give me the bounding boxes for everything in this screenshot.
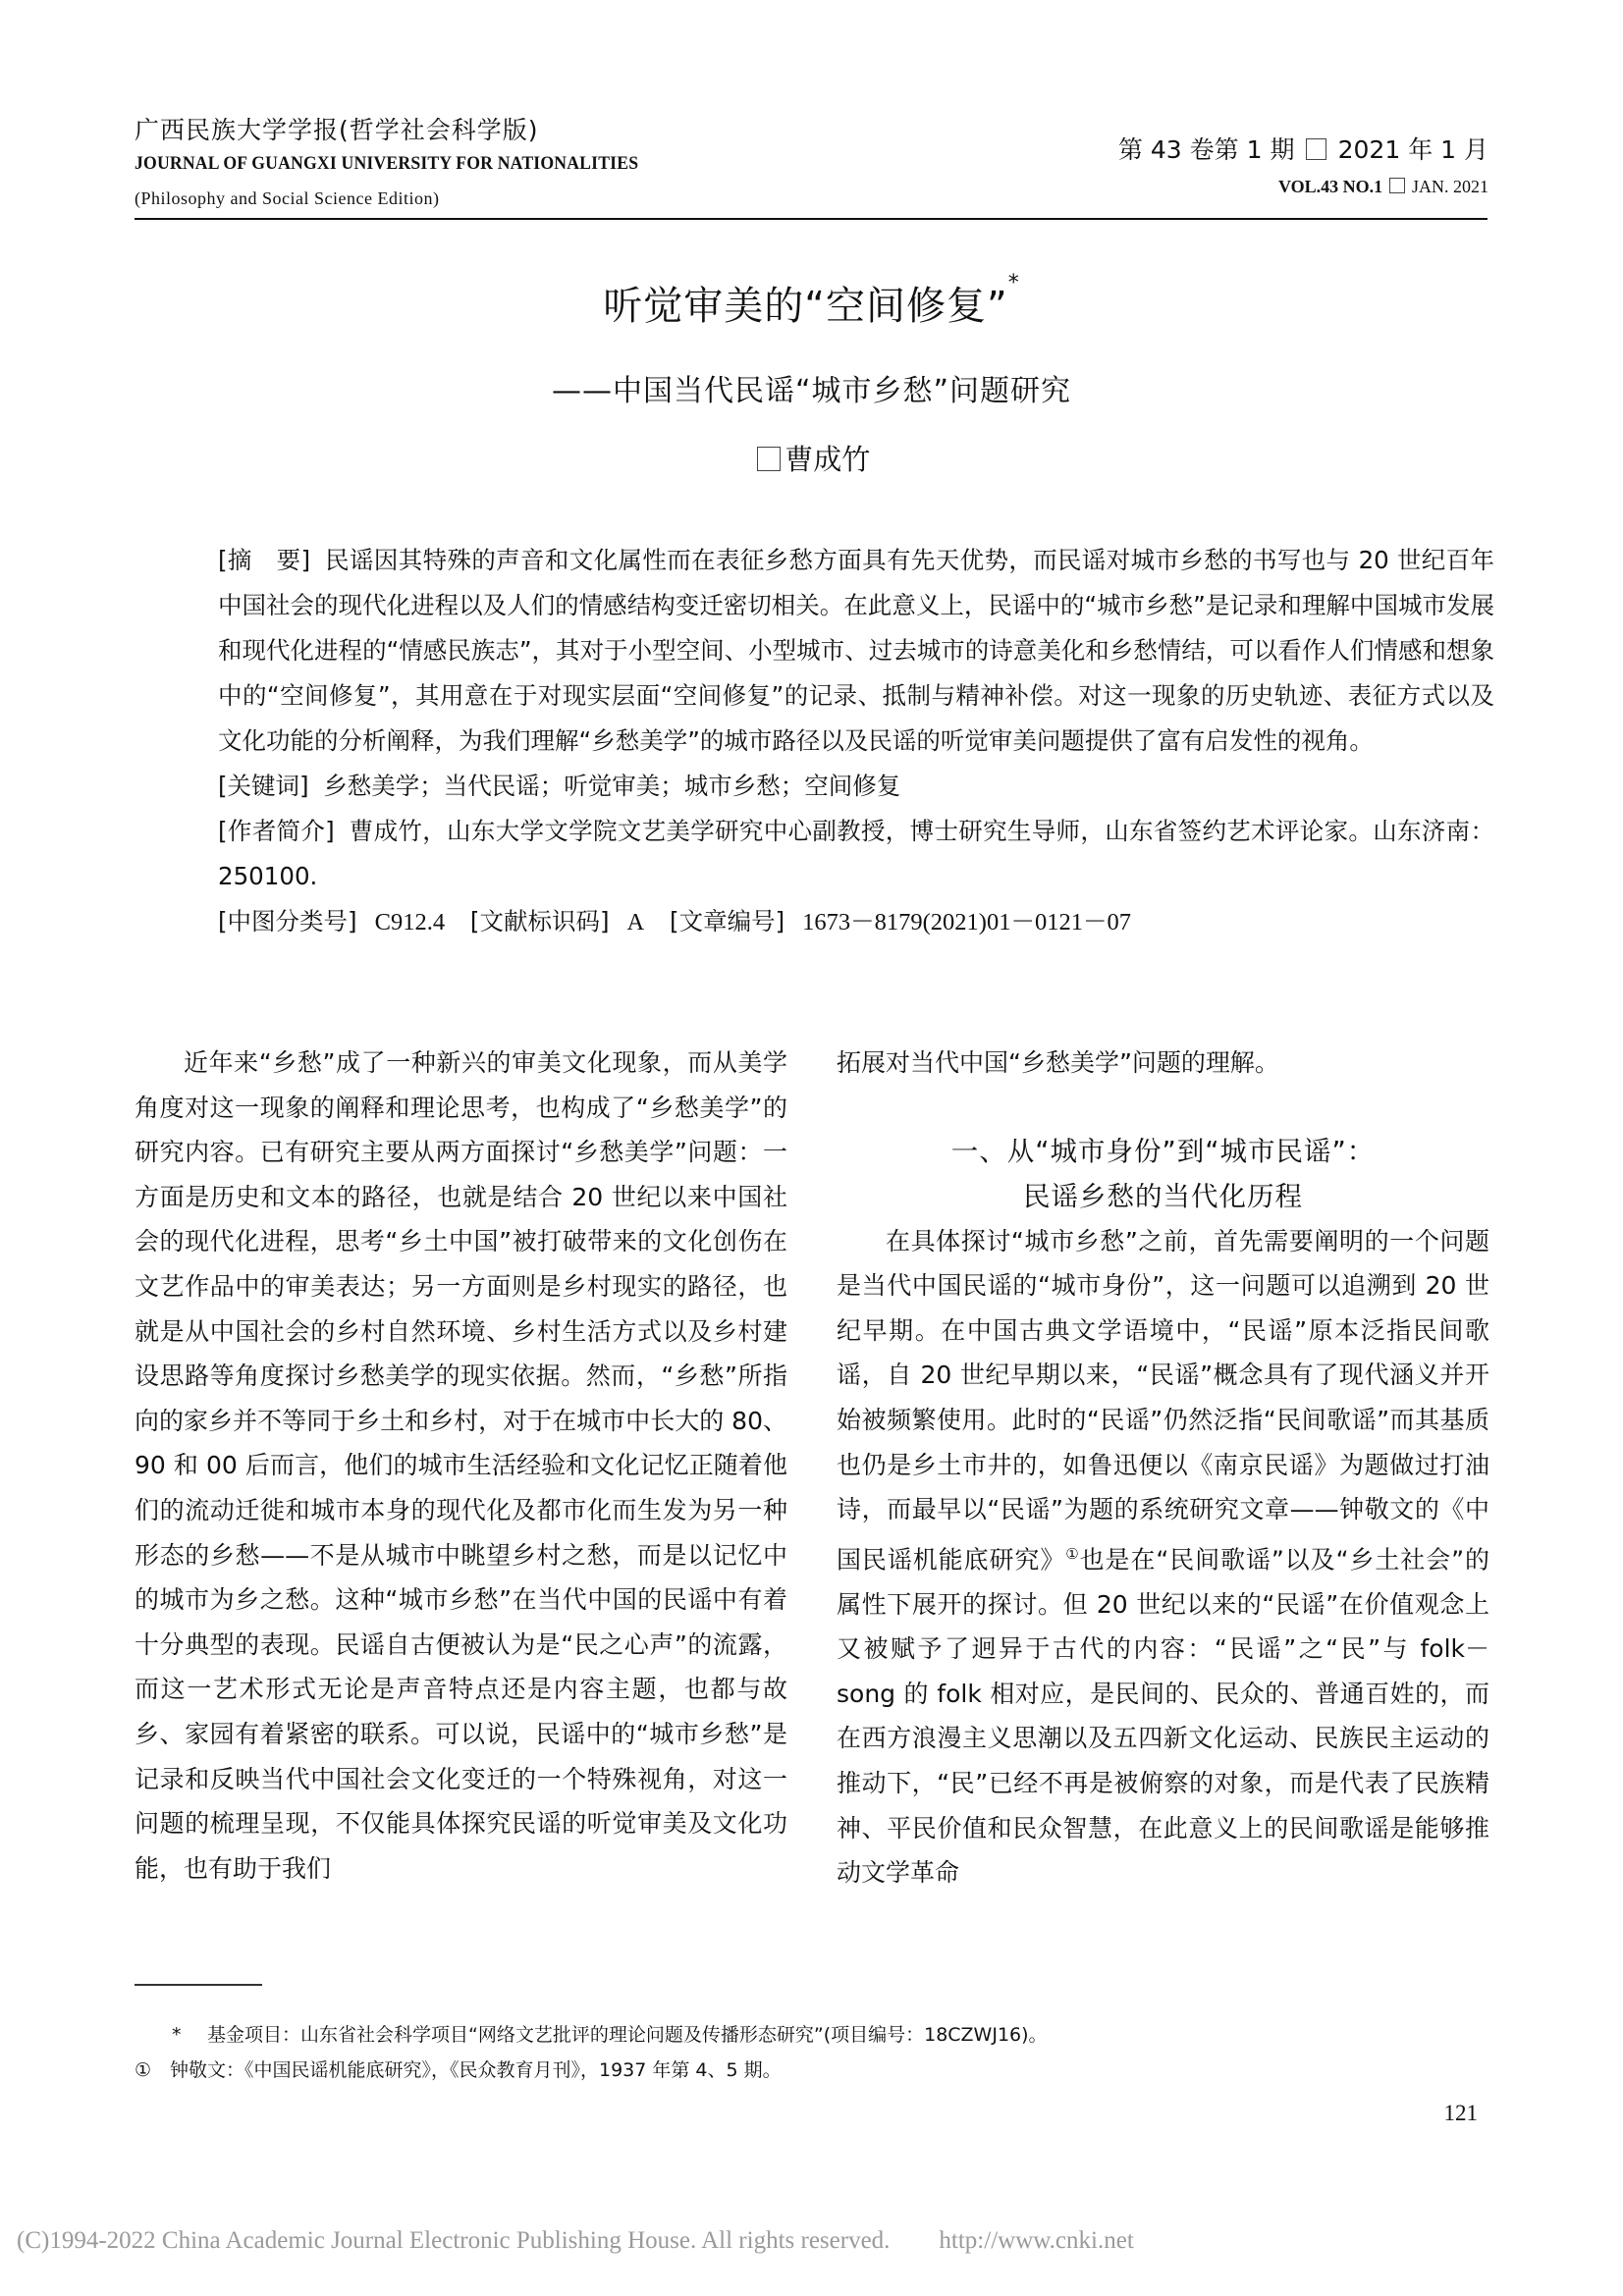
journal-title-en: JOURNAL OF GUANGXI UNIVERSITY FOR NATION… [135, 153, 638, 175]
separator-box-icon [1389, 178, 1405, 193]
footnote-rule [135, 1984, 262, 1986]
footnote-mark: ① [135, 2059, 170, 2081]
footnote-mark: * [172, 2024, 207, 2046]
author-name: 曹成竹 [784, 443, 870, 476]
copyright-notice: (C)1994-2022 China Academic Journal Elec… [17, 2220, 1134, 2256]
body-paragraph: 近年来“乡愁”成了一种新兴的审美文化现象，而从美学角度对这一现象的阐释和理论思考… [135, 1041, 787, 1891]
issue-info-en: VOL.43 NO.1 JAN. 2021 [1278, 177, 1488, 197]
body-paragraph-continued: 拓展对当代中国“乡愁美学”问题的理解。 [837, 1041, 1489, 1086]
body-text: 也是在“民间歌谣”以及“乡土社会”的属性下展开的探讨。但 20 世纪以来的“民谣… [837, 1545, 1489, 1887]
abstract-text: 民谣因其特殊的声音和文化属性而在表征乡愁方面具有先天优势，而民谣对城市乡愁的书写… [218, 546, 1494, 755]
article-title-text: 听觉审美的“空间修复” [603, 284, 1007, 329]
journal-title-cn: 广西民族大学学报(哲学社会科学版) [135, 111, 539, 146]
abstract-label: [摘 要] [218, 546, 310, 574]
keywords-label: [关键词] [218, 772, 309, 800]
funding-footnote-mark: * [1008, 271, 1020, 295]
footnote-text: 钟敬文：《中国民谣机能底研究》，《民众教育月刊》，1937 年第 4、5 期。 [170, 2059, 782, 2081]
author-intro-text: 曹成竹，山东大学文学院文艺美学研究中心副教授，博士研究生导师，山东省签约艺术评论… [218, 817, 1494, 890]
section-heading-line-1: 一、从“城市身份”到“城市民谣”： [951, 1136, 1376, 1167]
journal-edition-en: (Philosophy and Social Science Edition) [135, 188, 439, 209]
author-intro: [作者简介]曹成竹，山东大学文学院文艺美学研究中心副教授，博士研究生导师，山东省… [218, 809, 1494, 899]
abstract-block: [摘 要]民谣因其特殊的声音和文化属性而在表征乡愁方面具有先天优势，而民谣对城市… [218, 538, 1494, 945]
article-title: 听觉审美的“空间修复”* [0, 275, 1623, 331]
header-rule [135, 218, 1488, 220]
article-no-value: 1673－8179(2021)01－0121－07 [802, 909, 1131, 935]
page-number: 121 [1444, 2101, 1479, 2126]
author-box-icon [757, 447, 781, 471]
footnote-ref-link[interactable]: ① [1065, 1545, 1079, 1563]
clc-label: [中图分类号] [218, 907, 357, 935]
body-column-left: 近年来“乡愁”成了一种新兴的审美文化现象，而从美学角度对这一现象的阐释和理论思考… [135, 1041, 787, 1891]
issue-date-en: JAN. 2021 [1412, 177, 1488, 196]
keywords-text: 乡愁美学；当代民谣；听觉审美；城市乡愁；空间修复 [323, 772, 900, 800]
clc-value: C912.4 [375, 909, 445, 935]
keywords: [关键词]乡愁美学；当代民谣；听觉审美；城市乡愁；空间修复 [218, 764, 1494, 809]
body-text: 在具体探讨“城市乡愁”之前，首先需要阐明的一个问题是当代中国民谣的“城市身份”，… [837, 1227, 1489, 1574]
doc-code-label: [文献标识码] [470, 907, 610, 935]
footnote-text: 基金项目：山东省社会科学项目“网络文艺批评的理论问题及传播形态研究”(项目编号：… [207, 2024, 1048, 2046]
article-author: 曹成竹 [0, 438, 1623, 478]
article-no-label: [文章编号] [670, 907, 784, 935]
issue-volume-cn: 第 43 卷第 1 期 [1118, 135, 1295, 164]
doc-code-value: A [627, 909, 645, 935]
footnote-1: ①钟敬文：《中国民谣机能底研究》，《民众教育月刊》，1937 年第 4、5 期。 [135, 2056, 782, 2082]
issue-volume-en: VOL.43 NO.1 [1278, 177, 1382, 196]
section-heading: 一、从“城市身份”到“城市民谣”： 民谣乡愁的当代化历程 [837, 1129, 1489, 1219]
body-paragraph: 在具体探讨“城市乡愁”之前，首先需要阐明的一个问题是当代中国民谣的“城市身份”，… [837, 1219, 1489, 1896]
classification-line: [中图分类号]C912.4 [文献标识码]A [文章编号]1673－8179(2… [218, 899, 1494, 945]
separator-box-icon [1306, 138, 1326, 160]
issue-date-cn: 2021 年 1 月 [1338, 135, 1488, 164]
issue-info-cn: 第 43 卷第 1 期 2021 年 1 月 [1118, 131, 1488, 166]
footnote-funding: *基金项目：山东省社会科学项目“网络文艺批评的理论问题及传播形态研究”(项目编号… [172, 2020, 1048, 2047]
body-column-right: 拓展对当代中国“乡愁美学”问题的理解。 一、从“城市身份”到“城市民谣”： 民谣… [837, 1041, 1489, 1896]
abstract: [摘 要]民谣因其特殊的声音和文化属性而在表征乡愁方面具有先天优势，而民谣对城市… [218, 538, 1494, 764]
author-intro-label: [作者简介] [218, 817, 335, 845]
section-heading-line-2: 民谣乡愁的当代化历程 [1023, 1181, 1303, 1212]
article-subtitle: ——中国当代民谣“城市乡愁”问题研究 [0, 366, 1623, 409]
